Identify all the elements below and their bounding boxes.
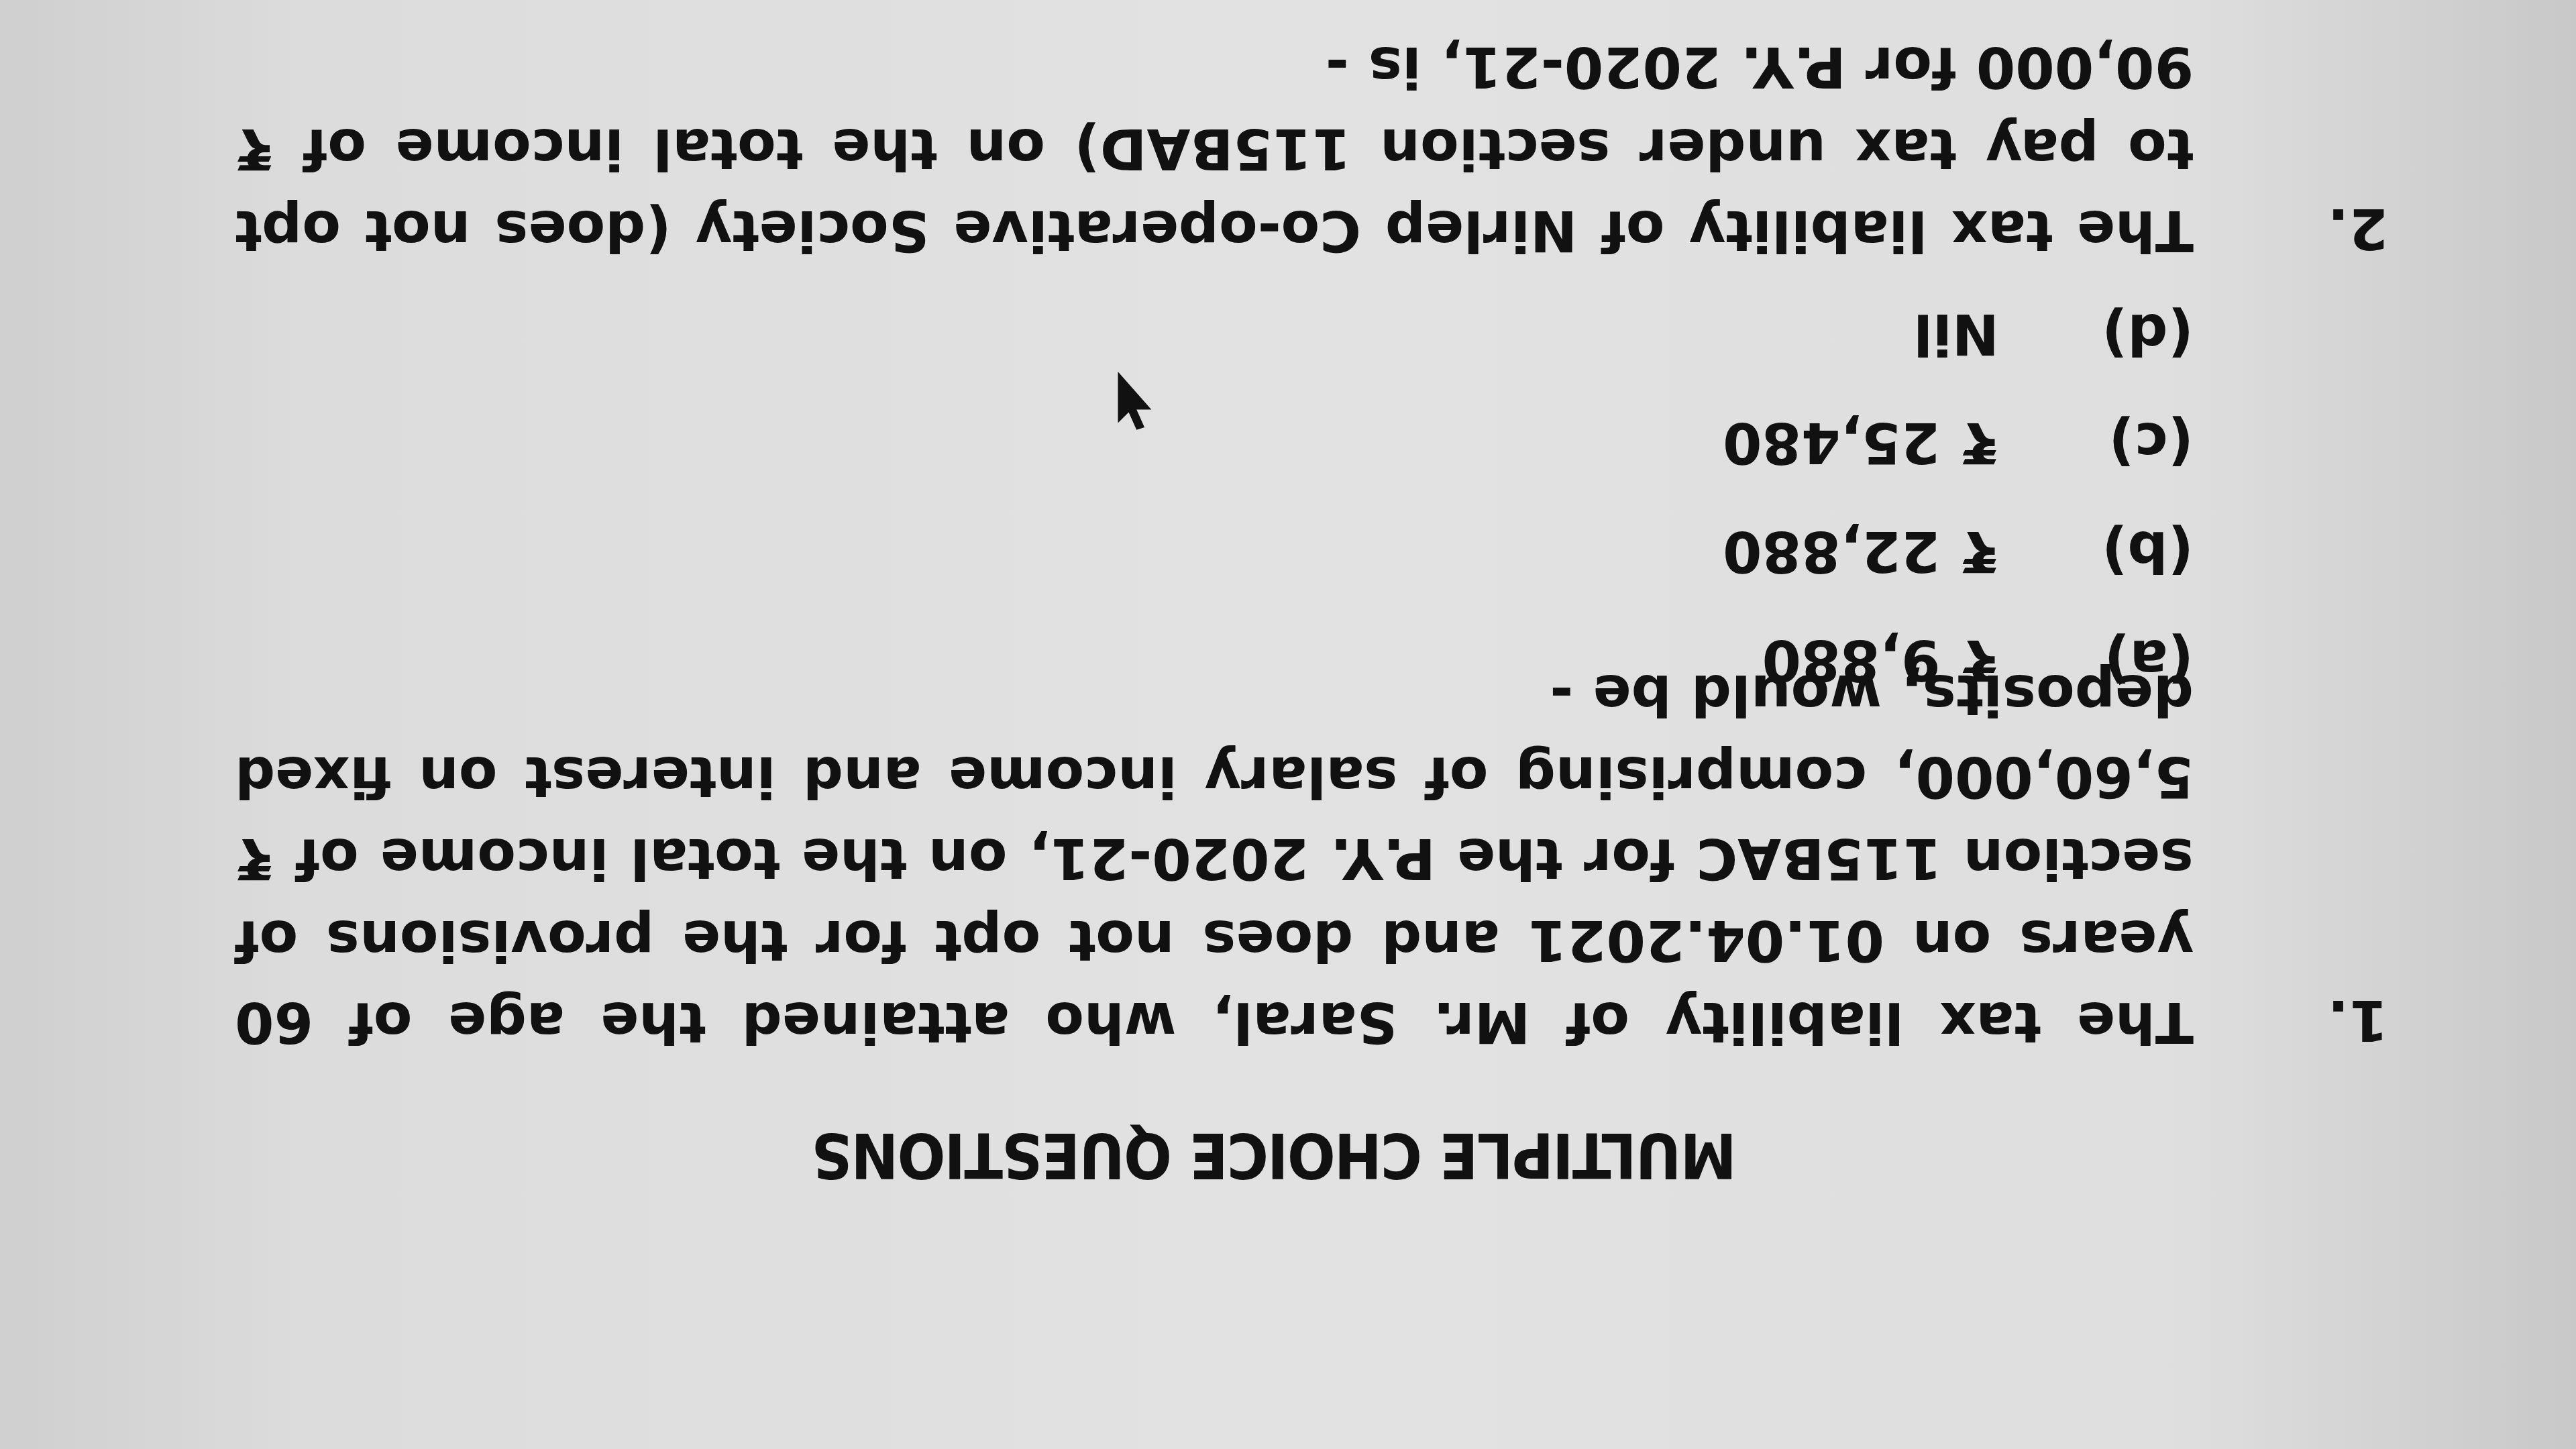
question-2-number: 2. [2328, 196, 2388, 262]
question-1-options: (a) ₹ 9,880 (b) ₹ 22,880 (c) ₹ 25,480 (d… [1254, 280, 2194, 714]
option-label: (c) [1999, 410, 2194, 476]
question-1-number: 1. [2328, 987, 2388, 1053]
option-value: ₹ 9,880 [1762, 627, 1999, 693]
arrow-pointer-icon [1117, 372, 1157, 433]
document-page: MULTIPLE CHOICE QUESTIONS 1. The tax lia… [0, 0, 2576, 1449]
question-2-text: The tax liability of Nirlep Co-operative… [235, 26, 2194, 272]
option-value: Nil [1913, 301, 1999, 367]
option-b[interactable]: (b) ₹ 22,880 [1254, 497, 2194, 606]
option-c[interactable]: (c) ₹ 25,480 [1254, 388, 2194, 497]
option-a[interactable]: (a) ₹ 9,880 [1254, 606, 2194, 714]
option-label: (b) [1999, 519, 2194, 584]
option-value: ₹ 22,880 [1723, 519, 1999, 584]
option-label: (a) [1999, 627, 2194, 693]
page-heading: MULTIPLE CHOICE QUESTIONS [793, 1119, 1756, 1191]
option-label: (d) [1999, 301, 2194, 367]
option-d[interactable]: (d) Nil [1254, 280, 2194, 388]
question-1-text: The tax liability of Mr. Saral, who atta… [235, 654, 2194, 1063]
option-value: ₹ 25,480 [1723, 410, 1999, 476]
